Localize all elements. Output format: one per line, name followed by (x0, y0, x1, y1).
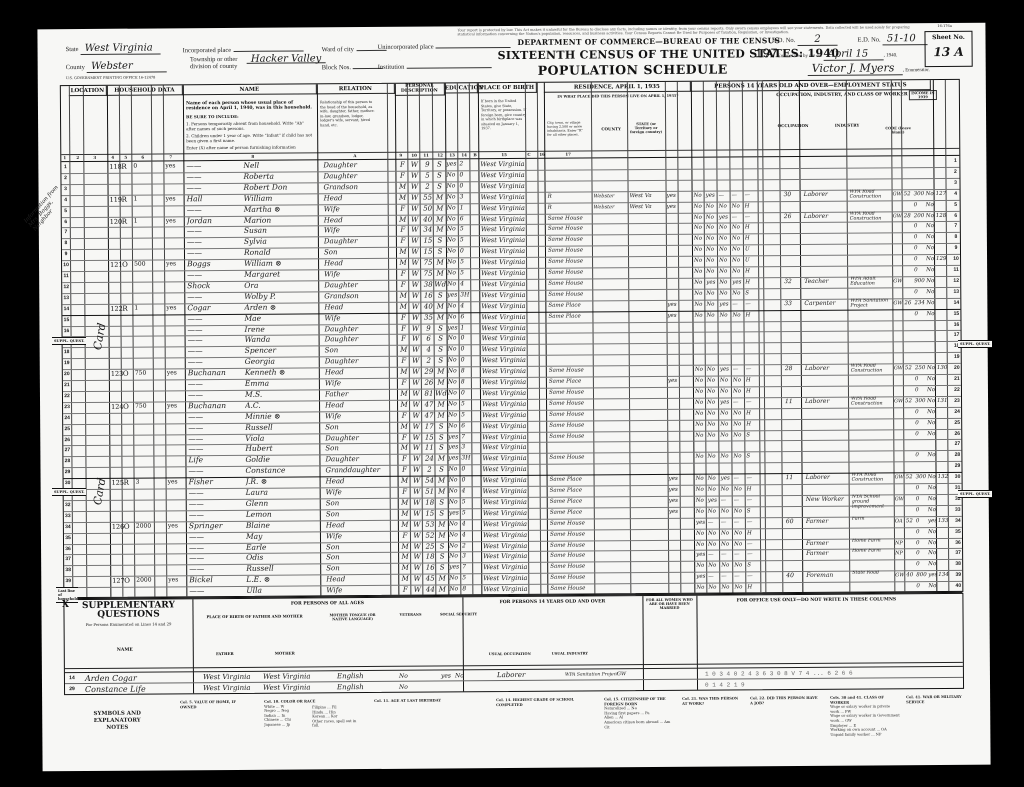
public-work: No (707, 452, 721, 463)
public-work: No (708, 485, 722, 496)
seeking-work: — (721, 495, 735, 506)
activity: H (745, 277, 759, 288)
grade-completed: 3H (460, 290, 472, 301)
school-attendance: No (449, 497, 463, 508)
hours-worked: 11 (785, 397, 801, 408)
farm-schedule: 133 (938, 516, 949, 527)
grade-completed: 1 (460, 203, 472, 214)
public-work: No (706, 310, 720, 321)
wages: 0 (914, 265, 918, 276)
wages: 0 (914, 254, 918, 265)
line-number-right: 25 (951, 417, 963, 428)
other-income: No (927, 396, 935, 407)
state-label: State (66, 46, 79, 53)
public-work: No (706, 201, 720, 212)
race: W (411, 487, 423, 498)
race: W (410, 389, 422, 400)
race: W (409, 290, 421, 301)
marital-status: M (433, 203, 447, 214)
race: W (411, 530, 423, 541)
given-name: Georgia (245, 357, 311, 368)
line-number-right: 23 (951, 396, 963, 407)
birthplace: West Virginia (482, 388, 528, 399)
surname: —— (188, 422, 248, 433)
surname: —— (187, 226, 247, 237)
residence-1935: Same House (550, 518, 600, 529)
school-attendance: No (447, 279, 461, 290)
public-work: No (708, 561, 722, 572)
activity: H (745, 234, 759, 245)
school-attendance: yes (449, 508, 463, 519)
line-number: 6 (62, 217, 70, 228)
marital-status: S (432, 170, 446, 181)
supp-veteran: No (399, 671, 408, 682)
industry: WPA Road Construction (852, 472, 892, 482)
hours-worked: 33 (784, 299, 800, 310)
surname: —— (189, 510, 249, 521)
surname: —— (188, 390, 248, 401)
line-number: 28 (63, 456, 71, 467)
grade-completed: 5 (460, 236, 472, 247)
residence-1935: Same House (548, 257, 598, 268)
other-income: No (928, 483, 936, 494)
mother-tongue-header: MOTHER TONGUE (OR NATIVE LANGUAGE) (323, 613, 383, 621)
surname: —— (187, 204, 247, 215)
public-work: No (707, 430, 721, 441)
race: W (409, 280, 421, 291)
supplementary-subtitle: For Persons Enumerated on Lines 14 and 2… (67, 621, 191, 627)
has-job: No (732, 288, 746, 299)
other-income: No (926, 287, 934, 298)
at-work: No (696, 561, 708, 572)
wages: 0 (915, 407, 919, 418)
residence-1935: Same House (550, 573, 600, 584)
school-attendance: No (448, 421, 462, 432)
marital-status: S (433, 236, 447, 247)
line-number: 21 (63, 380, 71, 391)
activity: S (745, 288, 759, 299)
marital-status: S (434, 345, 448, 356)
line-number-right: 36 (952, 537, 964, 548)
home-owned: O (123, 369, 133, 380)
at-work: yes (696, 572, 708, 583)
marital-status: M (435, 585, 449, 596)
supp-name-header: NAME (105, 648, 145, 653)
given-name: Spencer (245, 346, 311, 357)
weeks-worked: 52 (905, 396, 912, 407)
weeks-worked: 26 (904, 298, 911, 309)
institution-value (407, 60, 492, 69)
line-number-right: 26 (951, 428, 963, 439)
sex: F (397, 236, 409, 247)
given-name: Blaine (246, 520, 312, 531)
surname: —— (189, 499, 249, 510)
at-work: No (694, 267, 706, 278)
activity: S (746, 452, 760, 463)
residence-1935: Same House (548, 246, 598, 257)
seeking-work: No (720, 419, 734, 430)
relation: Head (324, 214, 384, 225)
other-income: No (926, 189, 934, 200)
farm-schedule: 134 (938, 570, 949, 581)
birthplace: West Virginia (483, 551, 529, 562)
right-tab-29: SUPPL. QUEST. (958, 490, 992, 498)
home-owned: O (124, 521, 134, 532)
county-value: Webster (87, 60, 167, 73)
given-name: Susan (244, 226, 310, 237)
sex: M (398, 421, 410, 432)
public-work: No (706, 234, 720, 245)
race: W (409, 225, 421, 236)
grade-completed: 2 (459, 159, 471, 170)
has-job: — (734, 517, 748, 528)
surname: —— (186, 161, 246, 172)
group-location: LOCATION (69, 86, 107, 96)
marital-status: Wd (434, 388, 448, 399)
residence-1935: Same Place (550, 507, 600, 518)
occupation: Farmer (806, 549, 846, 560)
race: W (410, 356, 422, 367)
race: W (411, 508, 423, 519)
public-work: No (706, 223, 720, 234)
surname: —— (187, 237, 247, 248)
surname: Life (188, 455, 248, 466)
occupation: Laborer (805, 396, 845, 407)
surname: —— (189, 488, 249, 499)
public-work: No (708, 506, 722, 517)
institution-field: Institution (378, 60, 492, 71)
at-work: No (696, 474, 708, 485)
relation: Daughter (324, 236, 384, 247)
birthplace: West Virginia (482, 344, 528, 355)
grade-completed: 8 (462, 584, 474, 595)
wages: 0 (914, 200, 918, 211)
line-number-right: 27 (951, 439, 963, 450)
home-value: 1 (134, 194, 154, 205)
weeks-worked: 40 (906, 570, 913, 581)
sd-value: 2 (797, 34, 837, 46)
other-income: No (926, 265, 934, 276)
residence-1935: Same House (548, 289, 598, 300)
wages: 0 (916, 516, 920, 527)
race: W (408, 171, 420, 182)
residence-instructions: IN WHAT PLACE DID THIS PERSON LIVE ON AP… (547, 94, 689, 99)
school-attendance: No (447, 203, 461, 214)
school-attendance: No (449, 530, 463, 541)
surname: Springer (189, 521, 249, 532)
birthplace: West Virginia (481, 301, 527, 312)
given-name: Minnie ⊗ (245, 411, 311, 422)
sex: M (399, 552, 411, 563)
wages: 0 (916, 505, 920, 516)
home-owned: R (122, 216, 132, 227)
wages: 0 (914, 243, 918, 254)
social-security-header: SOCIAL SECURITY (437, 612, 481, 616)
surname: —— (189, 531, 249, 542)
sex: M (396, 182, 408, 193)
public-work: No (706, 212, 720, 223)
at-work: No (696, 528, 708, 539)
farm-schedule: 131 (937, 396, 948, 407)
marital-status: M (434, 399, 448, 410)
sex: F (398, 432, 410, 443)
race: W (409, 203, 421, 214)
school-attendance: No (448, 399, 462, 410)
seeking-work: yes (721, 474, 735, 485)
home-value: 1 (134, 216, 154, 227)
sex: F (398, 378, 410, 389)
birthplace: West Virginia (482, 333, 528, 344)
seeking-work: yes (719, 212, 733, 223)
at-work: No (696, 506, 708, 517)
surname: —— (187, 248, 247, 259)
sex: M (398, 389, 410, 400)
given-name: L.E. ⊗ (246, 575, 312, 586)
class-of-worker: GW (893, 276, 905, 287)
given-name: Russell (245, 422, 311, 433)
seeking-work: No (719, 310, 733, 321)
line-number: 23 (63, 402, 71, 413)
school-attendance: No (446, 181, 460, 192)
enumerator-field: Victor J. Myers, Enumerator. (808, 61, 930, 76)
residence-1935: Same House (548, 267, 598, 278)
race: W (411, 585, 423, 596)
activity: H (745, 266, 759, 277)
sex: F (397, 269, 409, 280)
has-job: — (732, 299, 746, 310)
group-employment: PERSONS 14 YEARS OLD AND OVER—EMPLOYMENT… (691, 80, 931, 92)
birthplace: West Virginia (482, 377, 528, 388)
class-of-worker: GW (895, 494, 907, 505)
marital-status: S (434, 465, 448, 476)
school-attendance: No (449, 584, 463, 595)
marital-status: S (435, 508, 449, 519)
school-attendance: No (448, 334, 462, 345)
given-name: May (246, 531, 312, 542)
occupation: Teacher (804, 277, 844, 288)
has-job: No (734, 539, 748, 550)
wages: 200 (914, 211, 925, 222)
note-col15: Col. 15. CITIZENSHIP OF THE FOREIGN BORN… (604, 697, 674, 730)
grade-completed: 3 (461, 443, 473, 454)
relation: Son (324, 247, 384, 258)
occupation: Laborer (804, 189, 844, 200)
line-number-right: 39 (952, 570, 964, 581)
school-attendance: No (447, 236, 461, 247)
wages: 0 (915, 374, 919, 385)
grade-completed: 2 (462, 541, 474, 552)
residence-1935: Same House (549, 420, 599, 431)
birthplace: West Virginia (483, 529, 529, 540)
home-owned: O (123, 401, 133, 412)
seeking-work: No (720, 452, 734, 463)
other-income: No (928, 581, 936, 592)
at-work: No (696, 583, 708, 594)
at-work: No (694, 288, 706, 299)
sex: F (399, 530, 411, 541)
at-work: No (696, 539, 708, 550)
birthplace: West Virginia (482, 420, 528, 431)
surname: Buchanan (188, 401, 248, 412)
other-income: No (928, 538, 936, 549)
line-number: 20 (63, 369, 71, 380)
other-income: No (927, 385, 935, 396)
occupation: Carpenter (804, 298, 844, 309)
marital-status: S (433, 247, 447, 258)
race: W (410, 367, 422, 378)
marital-status: S (434, 334, 448, 345)
relation: Head (326, 574, 386, 585)
activity: H (746, 408, 760, 419)
mother-header: MOTHER (265, 650, 305, 655)
seeking-work: No (721, 506, 735, 517)
marital-status: S (432, 181, 446, 192)
wages: 0 (914, 287, 918, 298)
supp-ss-deductions: No (455, 670, 464, 681)
sex: F (399, 487, 411, 498)
enumerator-name: Victor J. Myers (808, 61, 903, 76)
marital-status: M (435, 476, 449, 487)
marital-status: M (435, 519, 449, 530)
line-number: 19 (63, 358, 71, 369)
has-job: — (733, 397, 747, 408)
public-work: yes (706, 190, 720, 201)
marital-status: S (434, 356, 448, 367)
name-instructions: Name of each person whose usual place of… (186, 100, 314, 150)
activity: H (745, 223, 759, 234)
birthplace: West Virginia (482, 431, 528, 442)
residence-farm: yes (669, 496, 683, 507)
sex: M (398, 345, 410, 356)
line-number-right: 5 (950, 199, 962, 210)
has-job: — (734, 550, 748, 561)
public-work: No (707, 408, 721, 419)
supp-mother-birthplace: West Virginia (263, 682, 311, 693)
birthplace: West Virginia (481, 192, 527, 203)
school-attendance: yes (448, 432, 462, 443)
note-col11: Col. 11. AGE AT LAST BIRTHDAY (374, 698, 484, 703)
weeks-worked: 52 (904, 189, 911, 200)
has-job: No (732, 310, 746, 321)
weeks-worked: 52 (906, 472, 913, 483)
on-farm: yes (167, 401, 181, 412)
table-rows: 1118R0yes——NellDaughterFW9Syes2West Virg… (61, 156, 962, 598)
line-number-right: 22 (951, 385, 963, 396)
surname: —— (189, 542, 249, 553)
has-job: — (733, 364, 747, 375)
activity: S (747, 561, 761, 572)
school-attendance: No (447, 301, 461, 312)
home-owned: R (122, 303, 132, 314)
surname: —— (188, 346, 248, 357)
sex: F (398, 465, 410, 476)
right-tab-14: SUPPL. QUEST. (958, 340, 992, 348)
sex: F (397, 323, 409, 334)
race: W (411, 552, 423, 563)
wages: 234 (914, 298, 925, 309)
wages: 0 (914, 309, 918, 320)
column-headers: LOCATION HOUSEHOLD DATA NAME RELATION PE… (61, 80, 960, 162)
surname: —— (189, 553, 249, 564)
at-work: No (694, 201, 706, 212)
residence-farm: yes (669, 507, 683, 518)
public-work: No (707, 365, 721, 376)
marital-status: M (433, 225, 447, 236)
birthplace: West Virginia (483, 508, 529, 519)
school-attendance: yes (446, 159, 460, 170)
home-owned: R (121, 162, 131, 173)
given-name: Arden ⊗ (244, 302, 310, 313)
grade-completed: 0 (459, 181, 471, 192)
parents-birthplace-header: PLACE OF BIRTH OF FATHER AND MOTHER (195, 613, 315, 619)
grade-completed: 0 (459, 170, 471, 181)
industry: WPA Road Construction (850, 211, 890, 221)
race: W (409, 192, 421, 203)
marital-status: M (434, 367, 448, 378)
farm-schedule: 130 (937, 363, 948, 374)
grade-completed: 5 (462, 573, 474, 584)
race: W (409, 258, 421, 269)
home-owned: R (122, 194, 132, 205)
residence-farm: yes (667, 191, 681, 202)
occupation: Laborer (805, 364, 845, 375)
marital-status: S (435, 552, 449, 563)
unincorporated-value (436, 40, 511, 49)
line-number-right: 4 (950, 189, 962, 200)
weeks-worked: 52 (906, 516, 913, 527)
public-work: No (706, 299, 720, 310)
has-job: — (734, 572, 748, 583)
seeking-work: — (719, 190, 733, 201)
office-use-header: FOR OFFICE USE ONLY—DO NOT WRITE IN THES… (696, 597, 936, 604)
relation: Son (325, 345, 385, 356)
activity: — (747, 539, 761, 550)
hours-worked: 11 (786, 473, 802, 484)
line-number-right: 29 (951, 461, 963, 472)
relation: Son (326, 541, 386, 552)
has-job: No (732, 255, 746, 266)
seeking-work: — (721, 572, 735, 583)
residence-1935: Same Place (549, 376, 599, 387)
other-income: No (928, 494, 936, 505)
line-number-right: 11 (950, 265, 962, 276)
grade-completed: 4 (460, 279, 472, 290)
sex: F (397, 312, 409, 323)
sheet-number-box: Sheet No. 13 A (924, 31, 972, 67)
has-job: — (734, 495, 748, 506)
public-work: yes (708, 495, 722, 506)
industry: WPA Road Construction (851, 363, 891, 373)
seeking-work: No (721, 583, 735, 594)
grade-completed: 5 (461, 410, 473, 421)
residence-1935: Same House (548, 235, 598, 246)
residence-state: West Va (630, 191, 666, 202)
line-number: 11 (62, 271, 70, 282)
has-job: — (732, 212, 746, 223)
school-attendance: No (447, 312, 461, 323)
seeking-work: No (721, 539, 735, 550)
marital-status: M (434, 410, 448, 421)
line-number: 14 (62, 304, 70, 315)
group-relation: RELATION (317, 84, 395, 95)
line-number: 16 (62, 326, 70, 337)
sd-field: S.D. No. 2 (772, 34, 837, 46)
line-number: 24 (63, 413, 71, 424)
form-number: 16-176a (937, 24, 951, 28)
has-job: No (733, 430, 747, 441)
supp-class: GW (617, 669, 626, 680)
population-table: LOCATION HOUSEHOLD DATA NAME RELATION PE… (60, 79, 964, 598)
